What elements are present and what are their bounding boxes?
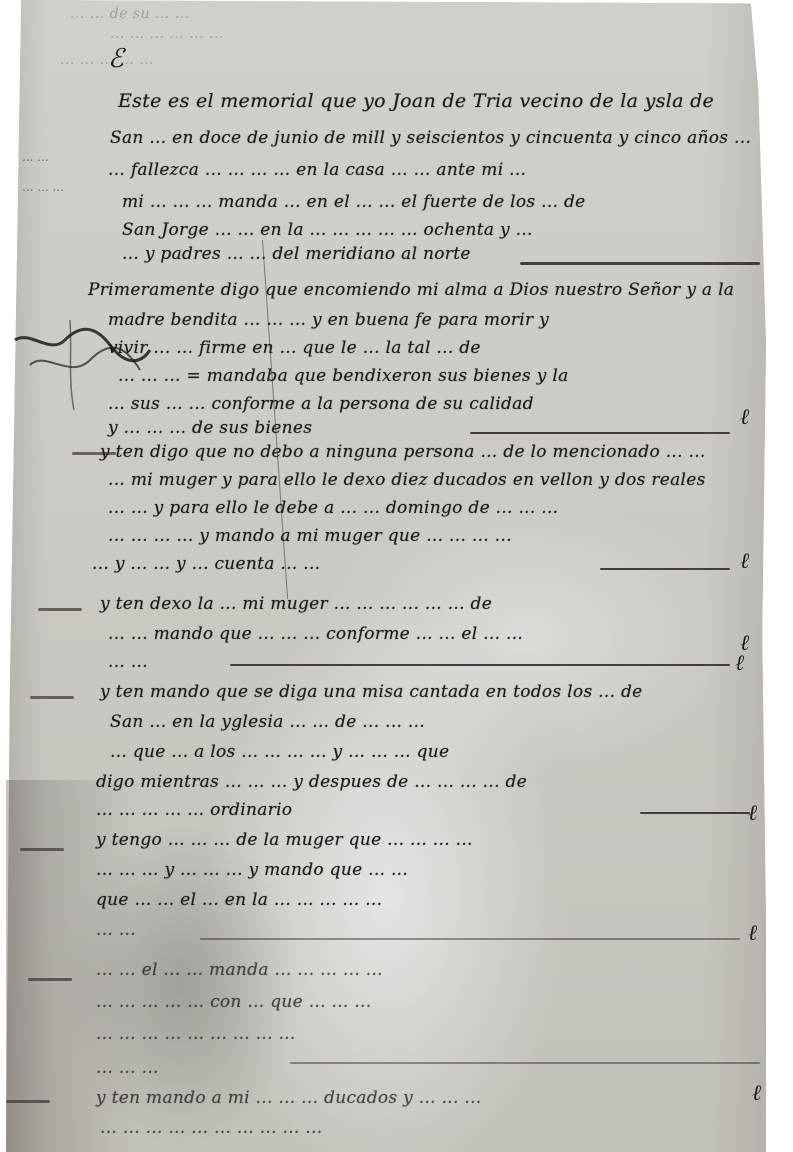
manuscript-line-16: ... ... ... ... y mando a mi muger que .…: [108, 526, 512, 546]
manuscript-line-29: ... ...: [96, 920, 136, 940]
manuscript-line-11: ... sus ... ... conforme a la persona de…: [108, 394, 534, 414]
line-end-flourish: ℓ: [752, 1080, 761, 1106]
flourish-ornament: ℰ: [108, 44, 124, 74]
line-filler-rule: [290, 1062, 760, 1064]
line-end-flourish: ℓ: [748, 920, 757, 946]
manuscript-line-24: digo mientras ... ... ... y despues de .…: [96, 772, 527, 792]
line-end-flourish: ℓ: [740, 548, 749, 574]
margin-note: ... ...: [22, 150, 49, 164]
manuscript-line-3: ... fallezca ... ... ... ... en la casa …: [108, 160, 526, 180]
manuscript-line-19: ... ... mando que ... ... ... conforme .…: [108, 624, 523, 644]
line-filler-rule: [520, 262, 760, 265]
manuscript-line-15: ... ... y para ello le debe a ... ... do…: [108, 498, 558, 518]
line-filler-rule: [470, 432, 730, 434]
manuscript-line-7: Primeramente digo que encomiendo mi alma…: [88, 280, 734, 300]
manuscript-line-30: ... ... el ... ... manda ... ... ... ...…: [96, 960, 383, 980]
line-filler-rule: [200, 938, 740, 940]
line-end-flourish: ℓ: [740, 404, 749, 430]
manuscript-line-20: ... ...: [108, 652, 148, 672]
manuscript-line-14: ... mi muger y para ello le dexo diez du…: [108, 470, 706, 490]
margin-note: ... ... ...: [22, 180, 64, 194]
bleed-through-text: ... ... de su ... ...: [70, 6, 190, 22]
manuscript-line-22: San ... en la yglesia ... ... de ... ...…: [110, 712, 425, 732]
line-filler-rule: [600, 568, 730, 570]
paragraph-dash: [28, 978, 72, 981]
manuscript-line-4: mi ... ... ... manda ... en el ... ... e…: [122, 192, 586, 212]
manuscript-line-1: Este es el memorial que yo Joan de Tria …: [118, 90, 714, 112]
manuscript-line-23: ... que ... a los ... ... ... ... y ... …: [110, 742, 449, 762]
manuscript-line-28: que ... ... el ... en la ... ... ... ...…: [96, 890, 382, 910]
manuscript-line-25: ... ... ... ... ... ordinario: [96, 800, 292, 820]
line-filler-rule: [640, 812, 750, 814]
manuscript-line-34: y ten mando a mi ... ... ... ducados y .…: [96, 1088, 482, 1108]
manuscript-line-12: y ... ... ... de sus bienes: [108, 418, 312, 438]
line-end-flourish: ℓ: [748, 800, 757, 826]
paragraph-dash: [30, 696, 74, 699]
manuscript-line-35: ... ... ... ... ... ... ... ... ... ...: [100, 1118, 322, 1138]
manuscript-line-21: y ten mando que se diga una misa cantada…: [100, 682, 643, 702]
manuscript-line-17: ... y ... ... y ... cuenta ... ...: [92, 554, 320, 574]
manuscript-line-18: y ten dexo la ... mi muger ... ... ... .…: [100, 594, 492, 614]
manuscript-line-26: y tengo ... ... ... de la muger que ... …: [96, 830, 473, 850]
manuscript-line-33: ... ... ...: [96, 1058, 159, 1078]
manuscript-line-27: ... ... ... y ... ... ... y mando que ..…: [96, 860, 408, 880]
manuscript-line-10: ... ... ... = mandaba que bendixeron sus…: [118, 366, 569, 386]
paragraph-dash: [6, 1100, 50, 1103]
manuscript-line-32: ... ... ... ... ... ... ... ... ...: [96, 1024, 296, 1044]
paragraph-dash: [38, 608, 82, 611]
manuscript-line-9: vivir ... ... firme en ... que le ... la…: [108, 338, 481, 358]
line-end-flourish: ℓ: [735, 650, 744, 676]
manuscript-line-6: ... y padres ... ... del meridiano al no…: [122, 244, 471, 264]
manuscript-line-8: madre bendita ... ... ... y en buena fe …: [108, 310, 549, 330]
manuscript-line-13: y ten digo que no debo a ninguna persona…: [100, 442, 706, 462]
manuscript-line-31: ... ... ... ... ... con ... que ... ... …: [96, 992, 371, 1012]
line-filler-rule: [230, 664, 730, 666]
paragraph-dash: [20, 848, 64, 851]
manuscript-line-5: San Jorge ... ... en la ... ... ... ... …: [122, 220, 533, 240]
bleed-through-text: ... ... ... ... ... ...: [110, 26, 224, 42]
manuscript-line-2: San ... en doce de junio de mill y seisc…: [110, 128, 751, 148]
